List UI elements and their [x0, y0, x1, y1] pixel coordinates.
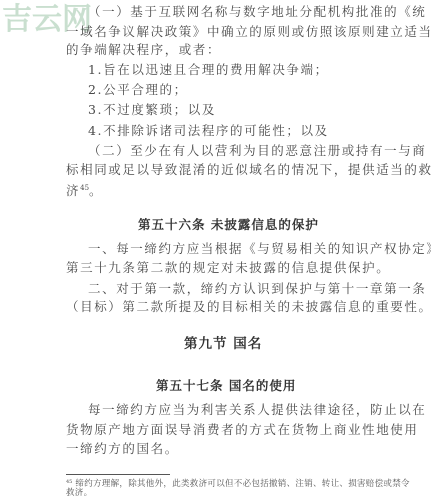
clause-2-line-3: 济45。	[66, 180, 103, 199]
item-2: 2.公平合理的；	[88, 82, 188, 98]
article-56-title: 第五十六条 未披露信息的保护	[138, 217, 319, 233]
clause-1-line-1: （一）基于互联网名称与数字地址分配机构批准的《统	[88, 4, 426, 20]
footnote-divider	[66, 474, 170, 475]
article-56-p2-line-2: （目标）第二款所提及的目标相关的未披露信息的重要性。	[66, 299, 431, 315]
item-1: 1.旨在以迅速且合理的费用解决争端；	[88, 62, 329, 78]
article-56-p1-line-1: 一、每一缔约方应当根据《与贸易相关的知识产权协定》	[88, 241, 431, 257]
clause-2-line-3-end: 。	[89, 183, 103, 198]
section-9-title: 第九节 国名	[184, 336, 262, 352]
clause-2-line-3-text: 济	[66, 183, 80, 198]
article-56-p1-line-2: 第三十九条第二款的规定对未披露的信息提供保护。	[66, 260, 390, 276]
article-56-p2-line-1: 二、对于第一款，缔约方认识到保护与第十一章第一条	[88, 281, 426, 297]
article-57-line-3: 一缔约方的国名。	[66, 441, 179, 457]
clause-1-line-3: 的争端解决程序，或者：	[66, 42, 221, 58]
clause-2-line-1: （二）至少在有人以营利为目的恶意注册或持有一与商	[88, 143, 426, 159]
footnote-45-line-2: 救济。	[66, 488, 92, 499]
footnote-45-line-1: 45 缔约方理解，除其他外，此类救济可以但不必包括撤销、注销、转让、损害赔偿或禁…	[66, 477, 410, 490]
footnote-ref-45[interactable]: 45	[80, 184, 89, 192]
footnote-text: 缔约方理解，除其他外，此类救济可以但不必包括撤销、注销、转让、损害赔偿或禁令	[75, 479, 409, 489]
article-57-line-1: 每一缔约方应当为利害关系人提供法律途径，防止以在	[88, 402, 426, 418]
clause-2-line-2: 标相同或足以导致混淆的近似域名的情况下，提供适当的救	[66, 162, 431, 178]
document-page: 吉云网 （一）基于互联网名称与数字地址分配机构批准的《统 一域名争议解决政策》中…	[0, 0, 431, 500]
clause-1-line-2: 一域名争议解决政策》中确立的原则或仿照该原则建立适当	[66, 24, 431, 40]
item-3: 3.不过度繁琐；以及	[88, 102, 216, 118]
article-57-line-2: 货物原产地方面误导消费者的方式在货物上商业性地使用	[66, 422, 419, 438]
footnote-number: 45	[66, 479, 72, 485]
article-57-title: 第五十七条 国名的使用	[156, 378, 296, 394]
item-4: 4.不排除诉诸司法程序的可能性；以及	[88, 123, 329, 139]
